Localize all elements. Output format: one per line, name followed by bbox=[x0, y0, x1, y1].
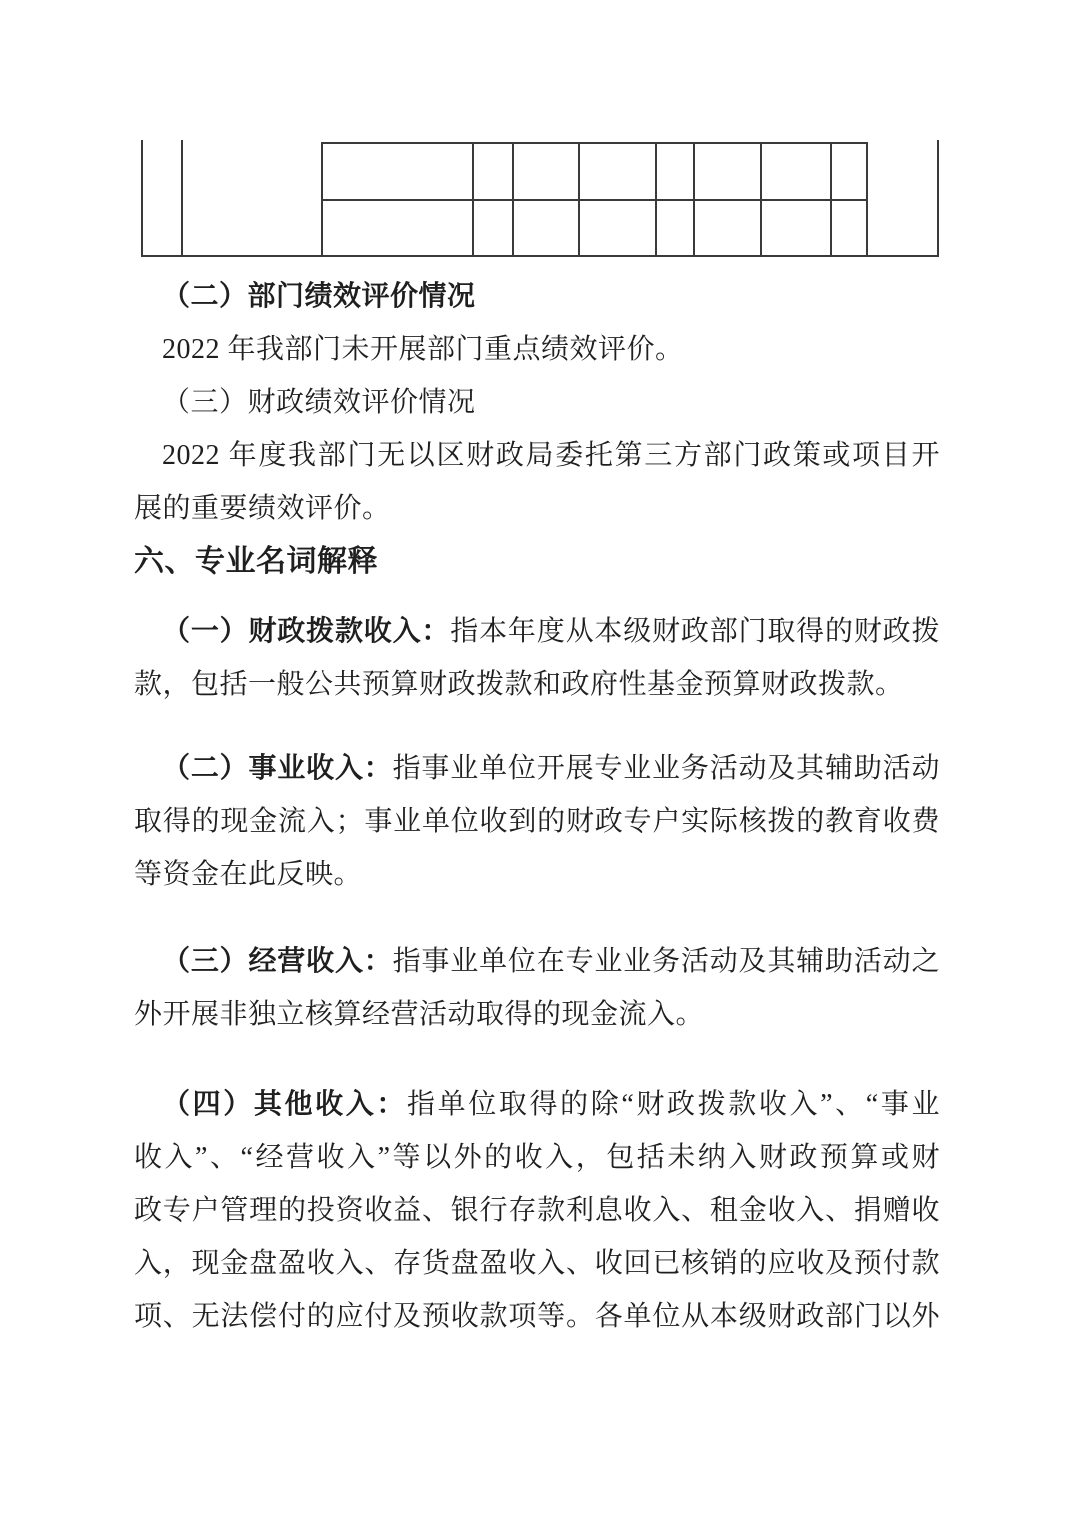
definition-paragraph-2: （二）事业收入：指事业单位开展专业业务活动及其辅助活动 取得的现金流入；事业单位… bbox=[134, 742, 940, 901]
term-definition: 指本年度从本级财政部门取得的财政拨 bbox=[450, 616, 940, 647]
term-definition: 指事业单位在专业业务活动及其辅助活动之 bbox=[393, 946, 940, 977]
paragraph-line: 取得的现金流入；事业单位收到的财政专户实际核拨的教育收费 bbox=[134, 795, 940, 848]
table-gridline bbox=[181, 140, 183, 257]
term-definition: 指事业单位开展专业业务活动及其辅助活动 bbox=[393, 753, 940, 784]
document-page: （二）部门绩效评价情况 2022 年我部门未开展部门重点绩效评价。 （三）财政绩… bbox=[0, 0, 1074, 1520]
section-heading-performance-eval: （二）部门绩效评价情况 bbox=[134, 270, 940, 323]
definition-paragraph-1: （一）财政拨款收入：指本年度从本级财政部门取得的财政拨 款，包括一般公共预算财政… bbox=[134, 605, 940, 711]
paragraph-line: 入，现金盘盈收入、存货盘盈收入、收回已核销的应收及预付款 bbox=[134, 1237, 940, 1290]
table-inner-grid bbox=[321, 142, 868, 257]
paragraph-line: （一）财政拨款收入：指本年度从本级财政部门取得的财政拨 bbox=[134, 605, 940, 658]
term-label: （三）经营收入： bbox=[162, 946, 393, 977]
paragraph-line: 政专户管理的投资收益、银行存款利息收入、租金收入、捐赠收 bbox=[134, 1184, 940, 1237]
term-label: （一）财政拨款收入： bbox=[162, 616, 450, 647]
term-definition: 指单位取得的除“财政拨款收入”、“事业 bbox=[407, 1089, 940, 1120]
paragraph-line: 收入”、“经营收入”等以外的收入，包括未纳入财政预算或财 bbox=[134, 1131, 940, 1184]
paragraph-line: （四）其他收入：指单位取得的除“财政拨款收入”、“事业 bbox=[134, 1078, 940, 1131]
term-label: （二）事业收入： bbox=[162, 753, 393, 784]
chapter-heading-terms: 六、专业名词解释 bbox=[134, 535, 940, 588]
paragraph-line: （三）经营收入：指事业单位在专业业务活动及其辅助活动之 bbox=[134, 935, 940, 988]
paragraph-line: （二）事业收入：指事业单位开展专业业务活动及其辅助活动 bbox=[134, 742, 940, 795]
paragraph-line: 项、无法偿付的应付及预收款项等。各单位从本级财政部门以外 bbox=[134, 1290, 940, 1343]
paragraph-line: 展的重要绩效评价。 bbox=[134, 482, 940, 535]
table-gridline bbox=[937, 140, 939, 257]
paragraph-line: 2022 年度我部门无以区财政局委托第三方部门政策或项目开 bbox=[134, 429, 940, 482]
document-body: （二）部门绩效评价情况 2022 年我部门未开展部门重点绩效评价。 （三）财政绩… bbox=[134, 270, 940, 1343]
table-gridline bbox=[141, 140, 143, 257]
definition-paragraph-3: （三）经营收入：指事业单位在专业业务活动及其辅助活动之 外开展非独立核算经营活动… bbox=[134, 935, 940, 1041]
term-label: （四）其他收入： bbox=[162, 1089, 407, 1120]
paragraph-line: 等资金在此反映。 bbox=[134, 848, 940, 901]
paragraph-line: 款，包括一般公共预算财政拨款和政府性基金预算财政拨款。 bbox=[134, 658, 940, 711]
table-gridline bbox=[323, 199, 866, 201]
paragraph-line: 外开展非独立核算经营活动取得的现金流入。 bbox=[134, 988, 940, 1041]
paragraph-line: 2022 年我部门未开展部门重点绩效评价。 bbox=[134, 323, 940, 376]
definition-paragraph-4: （四）其他收入：指单位取得的除“财政拨款收入”、“事业 收入”、“经营收入”等以… bbox=[134, 1078, 940, 1343]
section-heading-fiscal-eval: （三）财政绩效评价情况 bbox=[134, 376, 940, 429]
